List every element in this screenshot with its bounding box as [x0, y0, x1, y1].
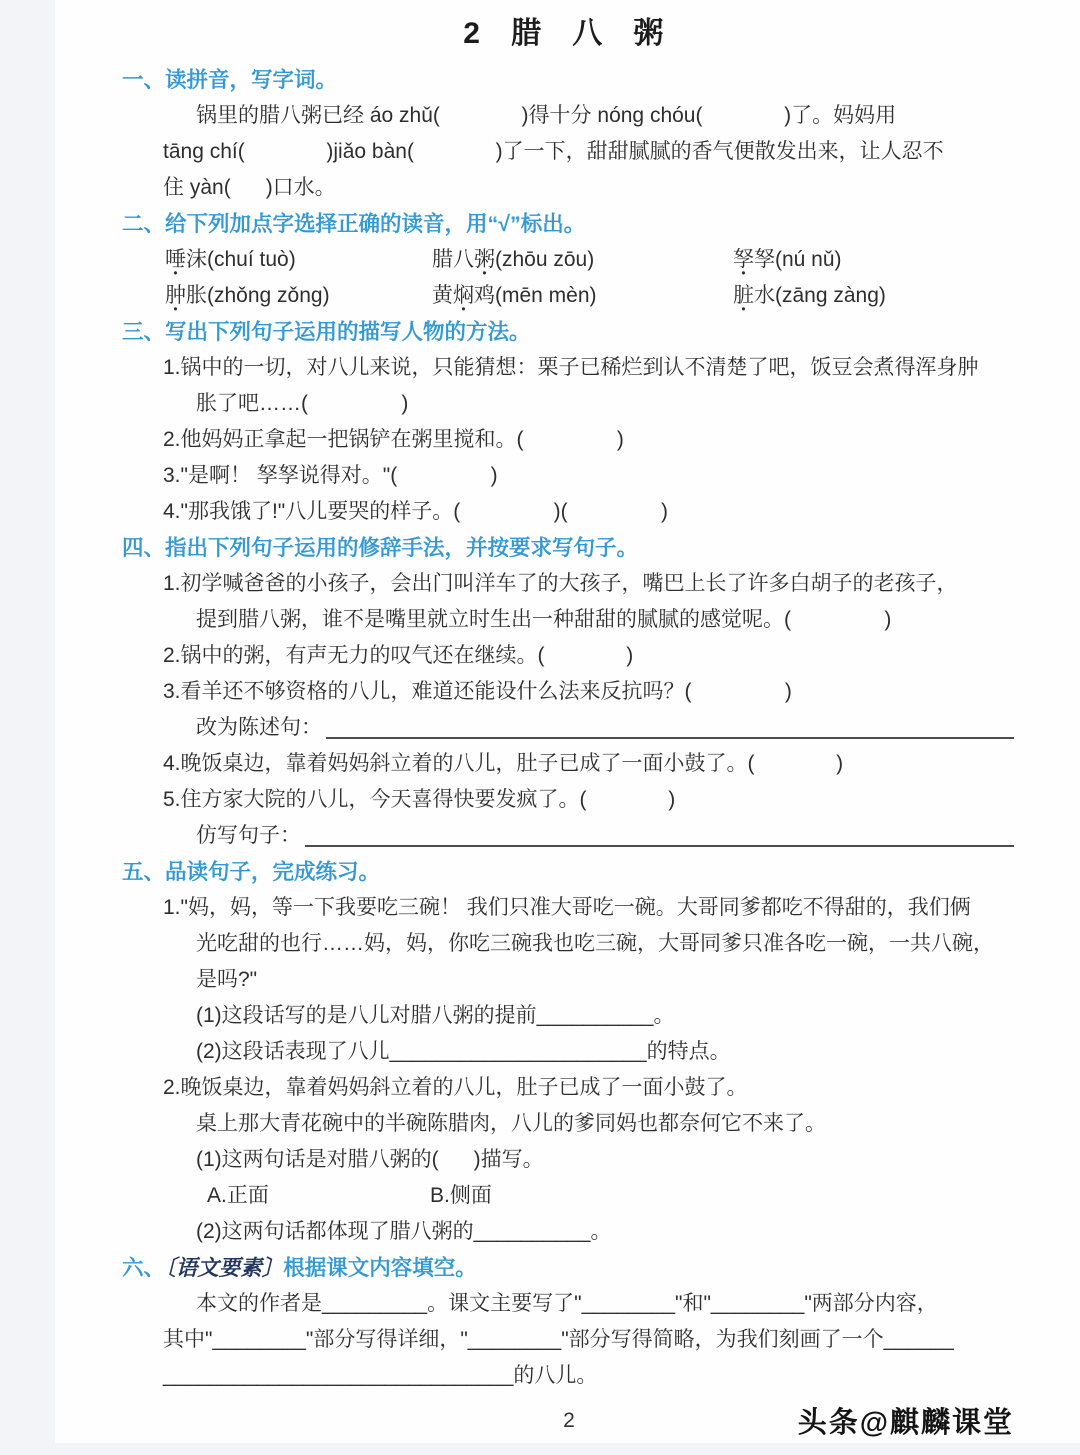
section-6-number: 六、	[122, 1256, 165, 1280]
s1-paragraph-line-1: 锅里的腊八粥已经 áo zhǔ( )得十分 nóng chóu( )了。妈妈用	[163, 98, 1016, 134]
s2-pronunciation-row-2: 肿胀(zhǒng zǒng) 黄焖鸡(mēn mèn) 脏水(zāng zàng…	[165, 278, 1016, 314]
s5-item-1-line-2: 光吃甜的也行……妈，妈，你吃三碗我也吃三碗，大哥同爹只准各吃一碗，一共八碗，	[196, 926, 1016, 962]
page-footer: 2 头条@麒麟课堂	[122, 1394, 1016, 1446]
s5-item-1-sub-2: (2)这段话表现了八儿______________________的特点。	[196, 1034, 1016, 1070]
s4-imitate-line: 仿写句子：	[196, 818, 1016, 854]
dotted-char: 肿	[165, 278, 186, 314]
s5-item-2-line-1: 2.晚饭桌边，靠着妈妈斜立着的八儿，肚子已成了一面小鼓了。	[163, 1070, 1016, 1106]
s5-item-1-line-3: 是吗?"	[196, 962, 1016, 998]
s3-item-3: 3."是啊！ 孥孥说得对。"( )	[163, 458, 1016, 494]
s3-item-1-line-1: 1.锅中的一切，对八儿来说，只能猜想：栗子已稀烂到认不清楚了吧，饭豆会煮得浑身肿	[163, 350, 1016, 386]
section-6-element-tag: 〔语文要素〕	[165, 1256, 283, 1280]
s2-word-tuomo: 唾沫(chuí tuò)	[165, 242, 432, 278]
s2-word-zangshui: 脏水(zāng zàng)	[733, 278, 1016, 314]
dotted-char: 孥	[733, 242, 754, 278]
s6-fill-line-1: 本文的作者是_________。课文主要写了"________"和"______…	[163, 1286, 1016, 1322]
s5-item-2-sub-1: (1)这两句话是对腊八粥的( )描写。	[196, 1142, 1016, 1178]
section-2-heading: 二、给下列加点字选择正确的读音，用“√”标出。	[122, 206, 1016, 242]
answer-blank-line	[305, 843, 1014, 847]
section-3-heading: 三、写出下列句子运用的描写人物的方法。	[122, 314, 1016, 350]
s4-rewrite-label: 改为陈述句：	[196, 710, 322, 746]
s2-word-labazhou: 腊八粥(zhōu zōu)	[432, 242, 733, 278]
worksheet-page: 2 腊 八 粥 一、读拼音，写字词。 锅里的腊八粥已经 áo zhǔ( )得十分…	[55, 0, 1080, 1443]
s4-rewrite-line: 改为陈述句：	[196, 710, 1016, 746]
s4-item-2: 2.锅中的粥，有声无力的叹气还在继续。( )	[163, 638, 1016, 674]
dotted-char: 脏	[733, 278, 754, 314]
dotted-char: 焖	[453, 278, 474, 314]
s5-choice-row: A.正面 B.侧面	[207, 1178, 1016, 1214]
dotted-char: 粥	[474, 242, 495, 278]
s5-item-1-sub-1: (1)这段话写的是八儿对腊八粥的提前__________。	[196, 998, 1016, 1034]
s5-item-1-line-1: 1."妈，妈，等一下我要吃三碗！ 我们只准大哥吃一碗。大哥同爹都吃不得甜的，我们…	[163, 890, 1016, 926]
s4-item-4: 4.晚饭桌边，靠着妈妈斜立着的八儿，肚子已成了一面小鼓了。( )	[163, 746, 1016, 782]
section-6-heading: 六、〔语文要素〕根据课文内容填空。	[122, 1250, 1016, 1286]
left-gutter-band	[0, 0, 56, 1455]
dotted-char: 唾	[165, 242, 186, 278]
s2-word-nunu: 孥孥(nú nǔ)	[733, 242, 1016, 278]
lesson-title: 2 腊 八 粥	[122, 12, 1016, 56]
s5-item-2-line-2: 桌上那大青花碗中的半碗陈腊肉，八儿的爹同妈也都奈何它不来了。	[196, 1106, 1016, 1142]
s6-fill-line-3: ______________________________的八儿。	[163, 1358, 1016, 1394]
s4-imitate-label: 仿写句子：	[196, 818, 301, 854]
choice-b-cemian: B.侧面	[430, 1178, 492, 1214]
s4-item-3: 3.看羊还不够资格的八儿，难道还能设什么法来反抗吗？( )	[163, 674, 1016, 710]
s3-item-4: 4."那我饿了!"八儿要哭的样子。( )( )	[163, 494, 1016, 530]
s1-paragraph-line-2: tāng chí( )jiǎo bàn( )了一下，甜甜腻腻的香气便散发出来，让…	[163, 134, 1016, 170]
s6-fill-line-2: 其中"________"部分写得详细，"________"部分写得简略，为我们刻…	[163, 1322, 1016, 1358]
section-1-heading: 一、读拼音，写字词。	[122, 62, 1016, 98]
s3-item-2: 2.他妈妈正拿起一把锅铲在粥里搅和。( )	[163, 422, 1016, 458]
answer-blank-line	[326, 735, 1014, 739]
section-4-heading: 四、指出下列句子运用的修辞手法，并按要求写句子。	[122, 530, 1016, 566]
watermark: 头条@麒麟课堂	[798, 1400, 1014, 1441]
section-6-heading-text: 根据课文内容填空。	[283, 1256, 477, 1280]
s2-word-zhongzhang: 肿胀(zhǒng zǒng)	[165, 278, 432, 314]
s1-paragraph-line-3: 住 yàn( )口水。	[163, 170, 1016, 206]
s4-item-1-line-1: 1.初学喊爸爸的小孩子，会出门叫洋车了的大孩子，嘴巴上长了许多白胡子的老孩子，	[163, 566, 1016, 602]
s5-item-2-sub-2: (2)这两句话都体现了腊八粥的__________。	[196, 1214, 1016, 1250]
s4-item-1-line-2: 提到腊八粥，谁不是嘴里就立时生出一种甜甜的腻腻的感觉呢。( )	[196, 602, 1016, 638]
section-5-heading: 五、品读句子，完成练习。	[122, 854, 1016, 890]
s2-pronunciation-row-1: 唾沫(chuí tuò) 腊八粥(zhōu zōu) 孥孥(nú nǔ)	[165, 242, 1016, 278]
s3-item-1-line-2: 胀了吧……( )	[196, 386, 1016, 422]
s2-word-huangmenji: 黄焖鸡(mēn mèn)	[432, 278, 733, 314]
s4-item-5: 5.住方家大院的八儿，今天喜得快要发疯了。( )	[163, 782, 1016, 818]
choice-a-zhengmian: A.正面	[207, 1178, 430, 1214]
